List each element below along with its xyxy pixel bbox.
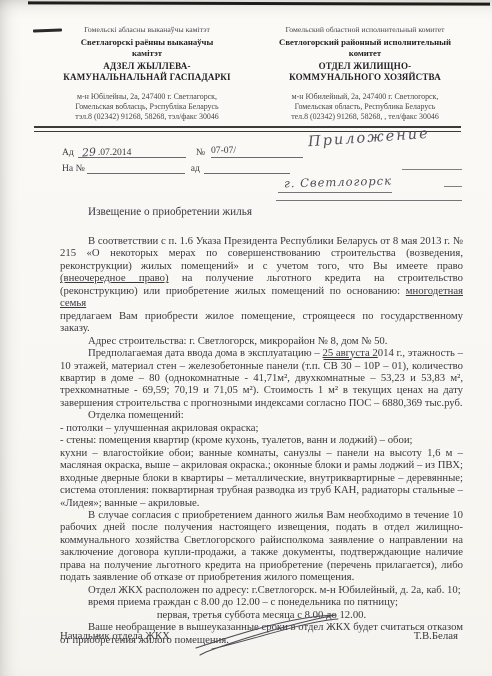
dept-name-by-line1: АДЗЕЛ ЖЫЛЛЕВА- (46, 61, 248, 72)
reply-number-label: На № (62, 163, 85, 174)
paragraph-building-details: Предполагаемая дата ввода дома в эксплуа… (60, 347, 463, 409)
number-label: № (196, 147, 205, 158)
address-by-line3: тэл.8 (02342) 91268, 58268, тэл/факс 300… (46, 112, 248, 122)
dept-name-by-line2: КАМУНАЛЬНАЛЬНАЙ ГАСПАДАРКІ (46, 72, 248, 83)
address-ru: м-н Юбилейный, 2а, 247400 г. Светлогорск… (264, 92, 466, 122)
paragraph-acceptance-procedure: В случае согласия с приобретением данног… (60, 509, 463, 584)
dept-name-by: АДЗЕЛ ЖЫЛЛЕВА- КАМУНАЛЬНАЛЬНАЙ ГАСПАДАРК… (46, 61, 248, 83)
signature-row: Начальник отдела ЖКХ Т.В.Белая (60, 630, 458, 642)
text-segment: Предполагаемая дата ввода дома в эксплуа… (88, 347, 322, 359)
address-by: м-н Юбілейны, 2а, 247400 г. Светлагорск,… (46, 92, 248, 122)
signatory-name: Т.В.Белая (414, 630, 458, 642)
dept-name-ru-line2: КОММУНАЛЬНОГО ХОЗЯЙСТВА (264, 72, 466, 83)
signatory-position: Начальник отдела ЖКХ (60, 630, 170, 642)
text-segment: В соответствии с п. 1.6 Указа Президента… (60, 235, 463, 272)
blank-rule-bottom (276, 200, 462, 201)
parent-committee-ru: Гомельский областной исполнительный коми… (264, 25, 466, 34)
reply-number-field (87, 161, 185, 174)
parent-committee-by: Гомельскі абласны выканаўчы камітэт (46, 25, 248, 34)
scan-artifact-top-line (28, 1, 490, 5)
printed-date: .07.2014 (98, 147, 132, 158)
address-ru-line1: м-н Юбилейный, 2а, 247400 г. Светлогорск… (264, 92, 466, 102)
outgoing-date-field: 29.07.2014 (78, 145, 186, 158)
outgoing-reference-row: Ад29.07.2014№07-07/ (62, 145, 303, 158)
paragraph-finishing-heading: Отделка помещений: (60, 409, 463, 421)
org-name-by-line1: Светлагорскі раённы выканаўчы (46, 37, 248, 48)
outgoing-number-field: 07-07/ (211, 145, 303, 158)
underlined-right-type: (внеочередное право) (60, 272, 169, 284)
document-title: Извещение о приобретении жилья (88, 206, 252, 218)
handwritten-day: 29 (81, 146, 96, 160)
underlined-date: 25 августа 2 (322, 347, 377, 359)
org-name-by-line2: камітэт (46, 48, 248, 59)
blank-rule-fragment-right (444, 186, 462, 187)
org-name-ru-line2: комитет (264, 48, 466, 59)
address-by-line1: м-н Юбілейны, 2а, 247400 г. Светлагорск, (46, 92, 248, 102)
place-underline (278, 192, 392, 193)
org-name-ru-line1: Светлогорский районный исполнительный (264, 37, 466, 48)
list-item-walls: - стены: помещения квартир (кроме кухонь… (60, 434, 463, 446)
letterhead: Гомельскі абласны выканаўчы камітэт Свет… (46, 25, 466, 122)
blank-rule-fragment-top (402, 169, 462, 170)
scanned-letter-page: Гомельскі абласны выканаўчы камітэт Свет… (0, 0, 492, 676)
address-ru-line2: Гомельская область, Республика Беларусь (264, 102, 466, 112)
paragraph-office-address: Отдел ЖКХ расположен по адресу: г.Светло… (60, 584, 463, 596)
overlined-panel-type: СВ 30 (323, 360, 351, 372)
paragraph-office-hours: время приема граждан с 8.00 до 12.00 – с… (60, 596, 463, 608)
paragraph-offer: предлагаем Вам приобрести жилое помещени… (60, 310, 463, 335)
reply-from-label: ад (191, 163, 200, 174)
letter-body: В соответствии с п. 1.6 Указа Президента… (60, 235, 463, 646)
dept-name-ru-line1: ОТДЕЛ ЖИЛИЩНО- (264, 61, 466, 72)
reply-date-field (204, 161, 290, 174)
org-name-ru: Светлогорский районный исполнительный ко… (264, 37, 466, 58)
letterhead-belarusian: Гомельскі абласны выканаўчы камітэт Свет… (46, 25, 248, 122)
incoming-reference-row: На №ад (62, 161, 290, 174)
paragraph-finishing-details: кухни – влагостойкие обои; ванные комнат… (60, 447, 463, 509)
address-ru-line3: тел.8 (02342) 91268, 58268, , тел/факс 3… (264, 112, 466, 122)
org-name-by: Светлагорскі раённы выканаўчы камітэт (46, 37, 248, 58)
from-date-label: Ад (62, 147, 74, 158)
letterhead-russian: Гомельский областной исполнительный коми… (264, 25, 466, 122)
paragraph-construction-address: Адрес строительства: г. Светлогорск, мик… (60, 335, 463, 347)
handwritten-place: г. Светлогорск (284, 174, 392, 191)
list-item-ceilings: - потолки – улучшенная акриловая окраска… (60, 422, 463, 434)
outgoing-number-value: 07-07/ (211, 145, 236, 156)
paragraph-legal-basis: В соответствии с п. 1.6 Указа Президента… (60, 235, 463, 310)
dept-name-ru: ОТДЕЛ ЖИЛИЩНО- КОММУНАЛЬНОГО ХОЗЯЙСТВА (264, 61, 466, 83)
address-by-line2: Гомельская вобласць, Рэспубліка Беларусь (46, 102, 248, 112)
